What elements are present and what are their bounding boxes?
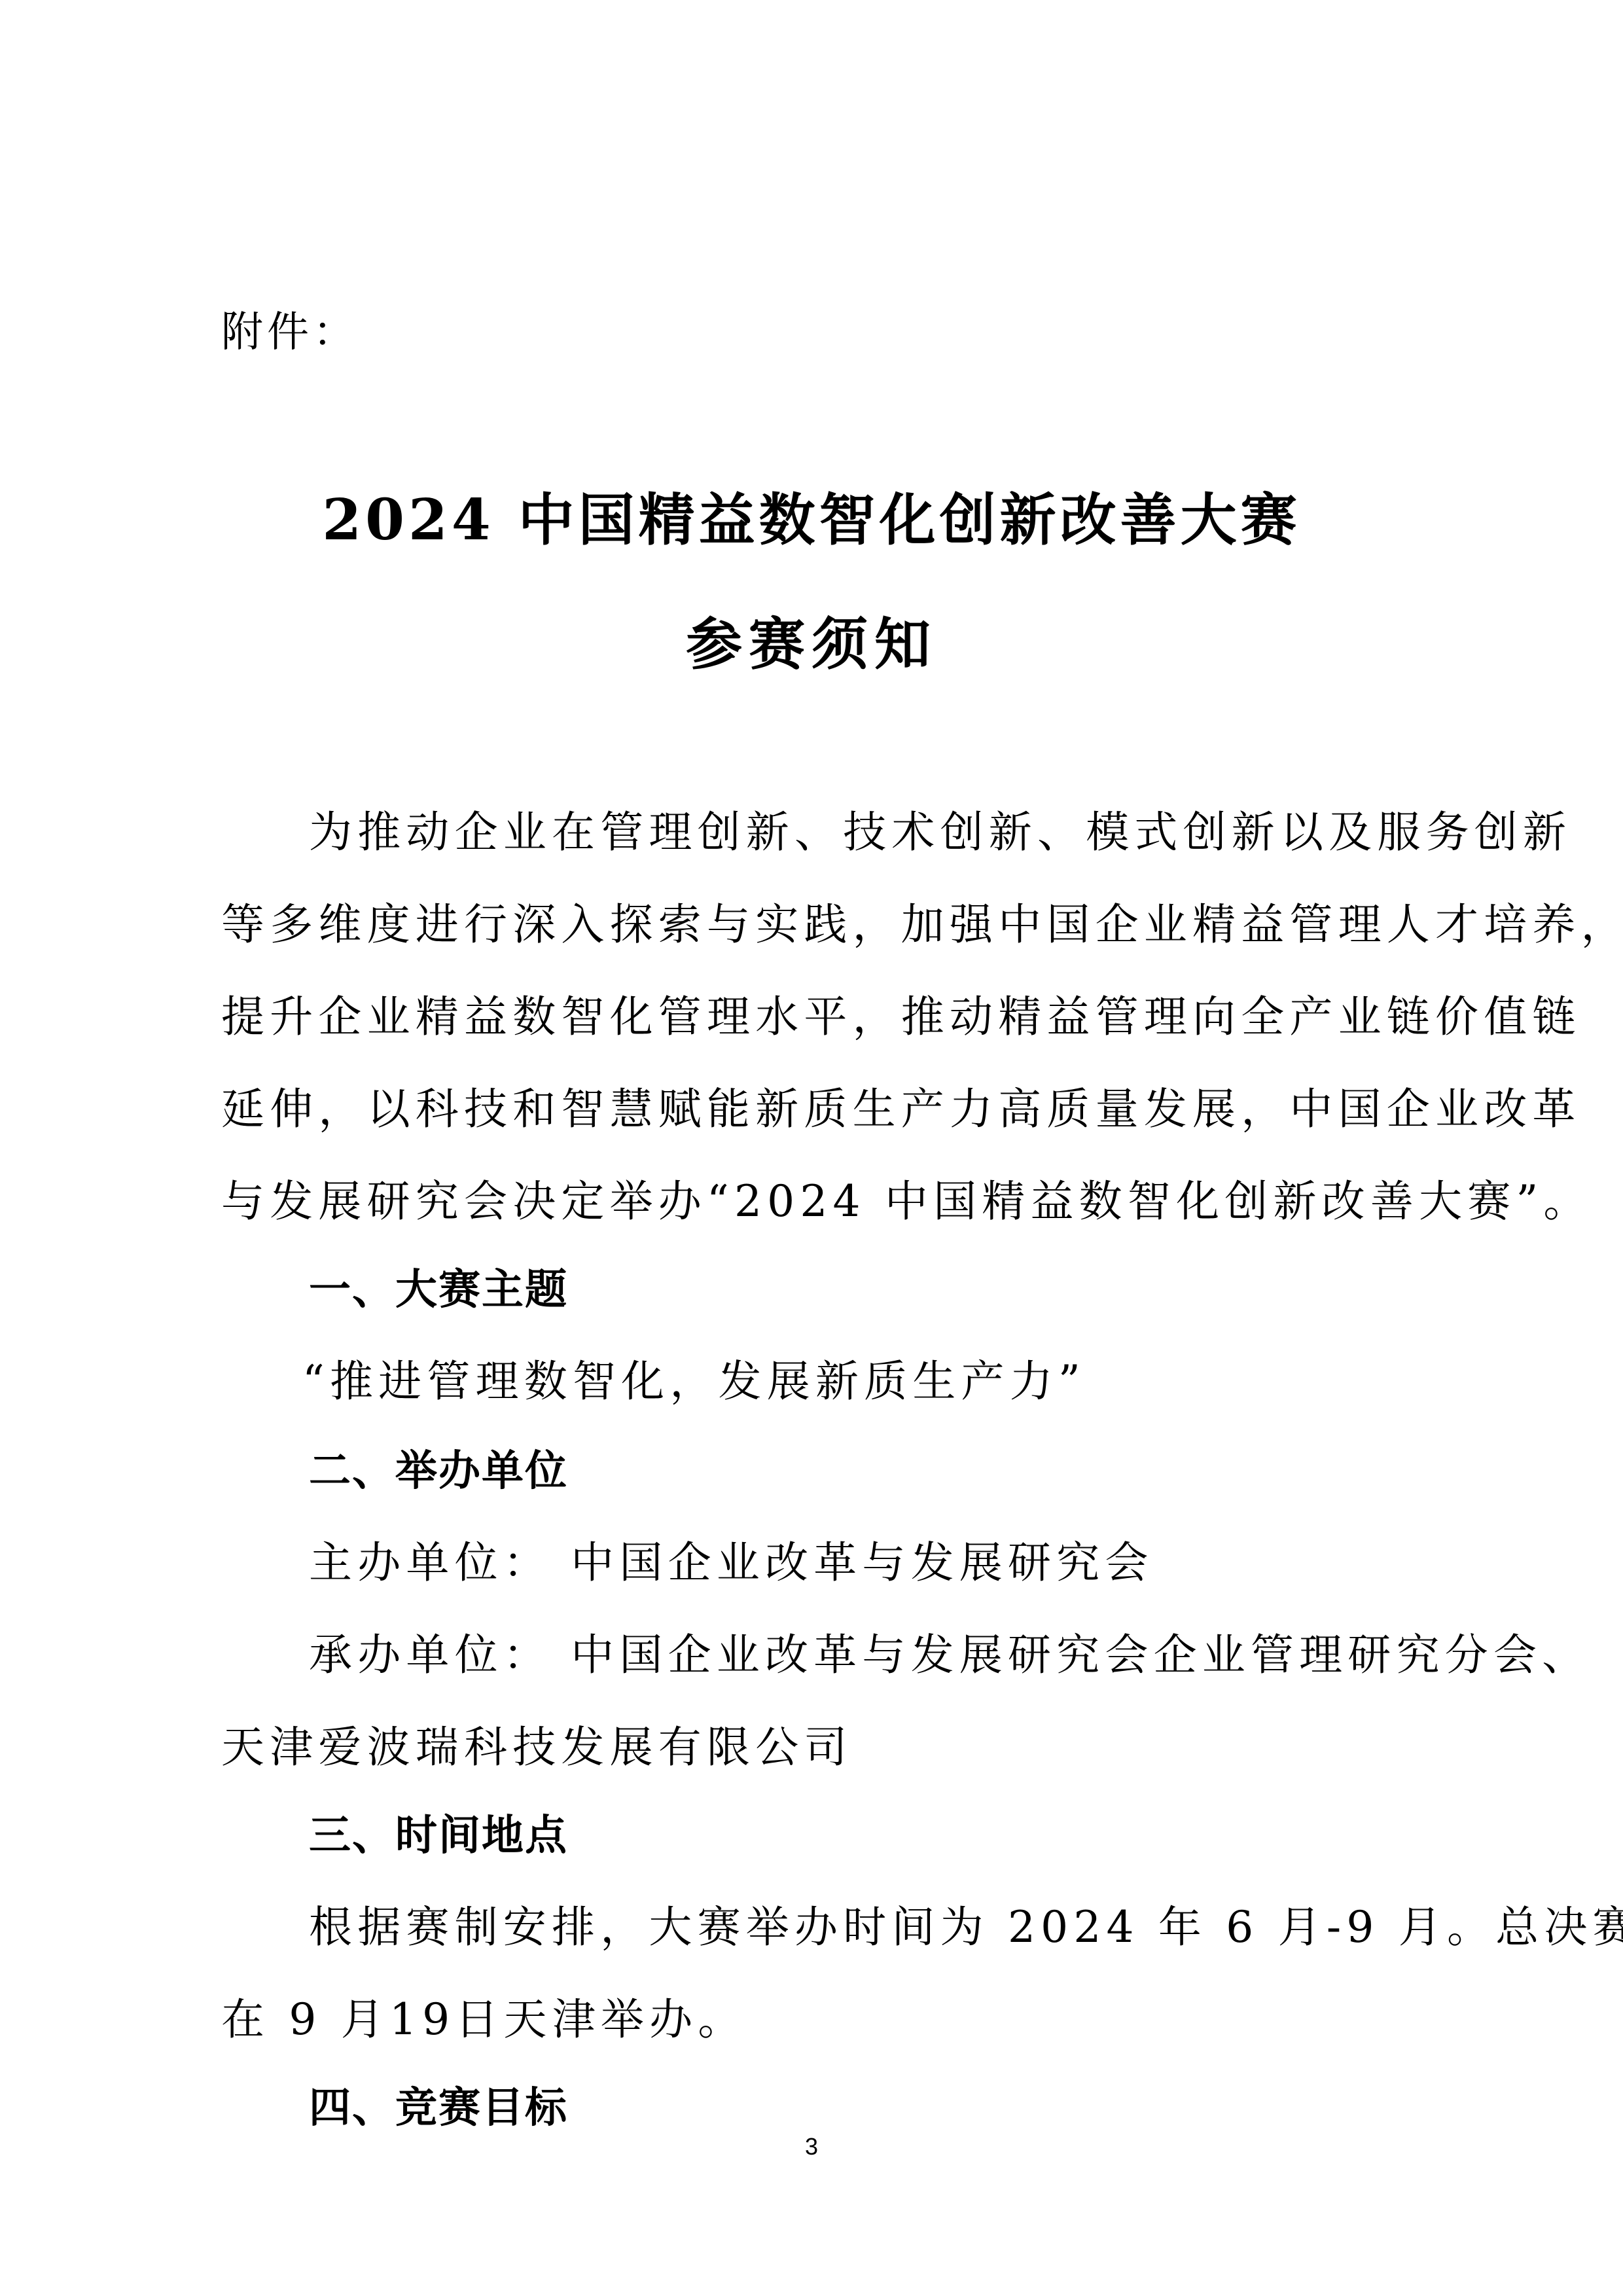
document-title: 2024 中国精益数智化创新改善大赛	[0, 484, 1623, 556]
intro-line: 提升企业精益数智化管理水平，推动精益管理向全产业链价值链	[221, 984, 1581, 1050]
attachment-label: 附件：	[221, 306, 359, 359]
schedule-line: 根据赛制安排，大赛举办时间为 2024 年 6 月-9 月。总决赛	[309, 1895, 1623, 1960]
document-subtitle: 参赛须知	[0, 609, 1623, 681]
intro-line: 等多维度进行深入探索与实践，加强中国企业精益管理人才培养，	[221, 892, 1623, 958]
page-number: 3	[0, 2130, 1623, 2163]
section-heading-organizers: 二、举办单位	[309, 1439, 568, 1504]
intro-line: 为推动企业在管理创新、技术创新、模式创新以及服务创新	[309, 800, 1571, 865]
document-page: 附件： 2024 中国精益数智化创新改善大赛 参赛须知 为推动企业在管理创新、技…	[0, 0, 1623, 2296]
section-heading-time-place: 三、时间地点	[309, 1803, 568, 1869]
intro-line: 与发展研究会决定举办“2024 中国精益数智化创新改善大赛”。	[221, 1169, 1592, 1234]
theme-slogan: “推进管理数智化，发展新质生产力”	[302, 1349, 1086, 1414]
section-heading-theme: 一、大赛主题	[309, 1257, 568, 1323]
schedule-line: 在 9 月19日天津举办。	[221, 1987, 747, 2053]
host-organizer: 主办单位： 中国企业改革与发展研究会	[309, 1530, 1154, 1596]
co-organizer-continued: 天津爱波瑞科技发展有限公司	[221, 1715, 853, 1780]
co-organizer: 承办单位： 中国企业改革与发展研究会企业管理研究分会、	[309, 1623, 1590, 1688]
intro-line: 延伸，以科技和智慧赋能新质生产力高质量发展，中国企业改革	[221, 1077, 1581, 1142]
